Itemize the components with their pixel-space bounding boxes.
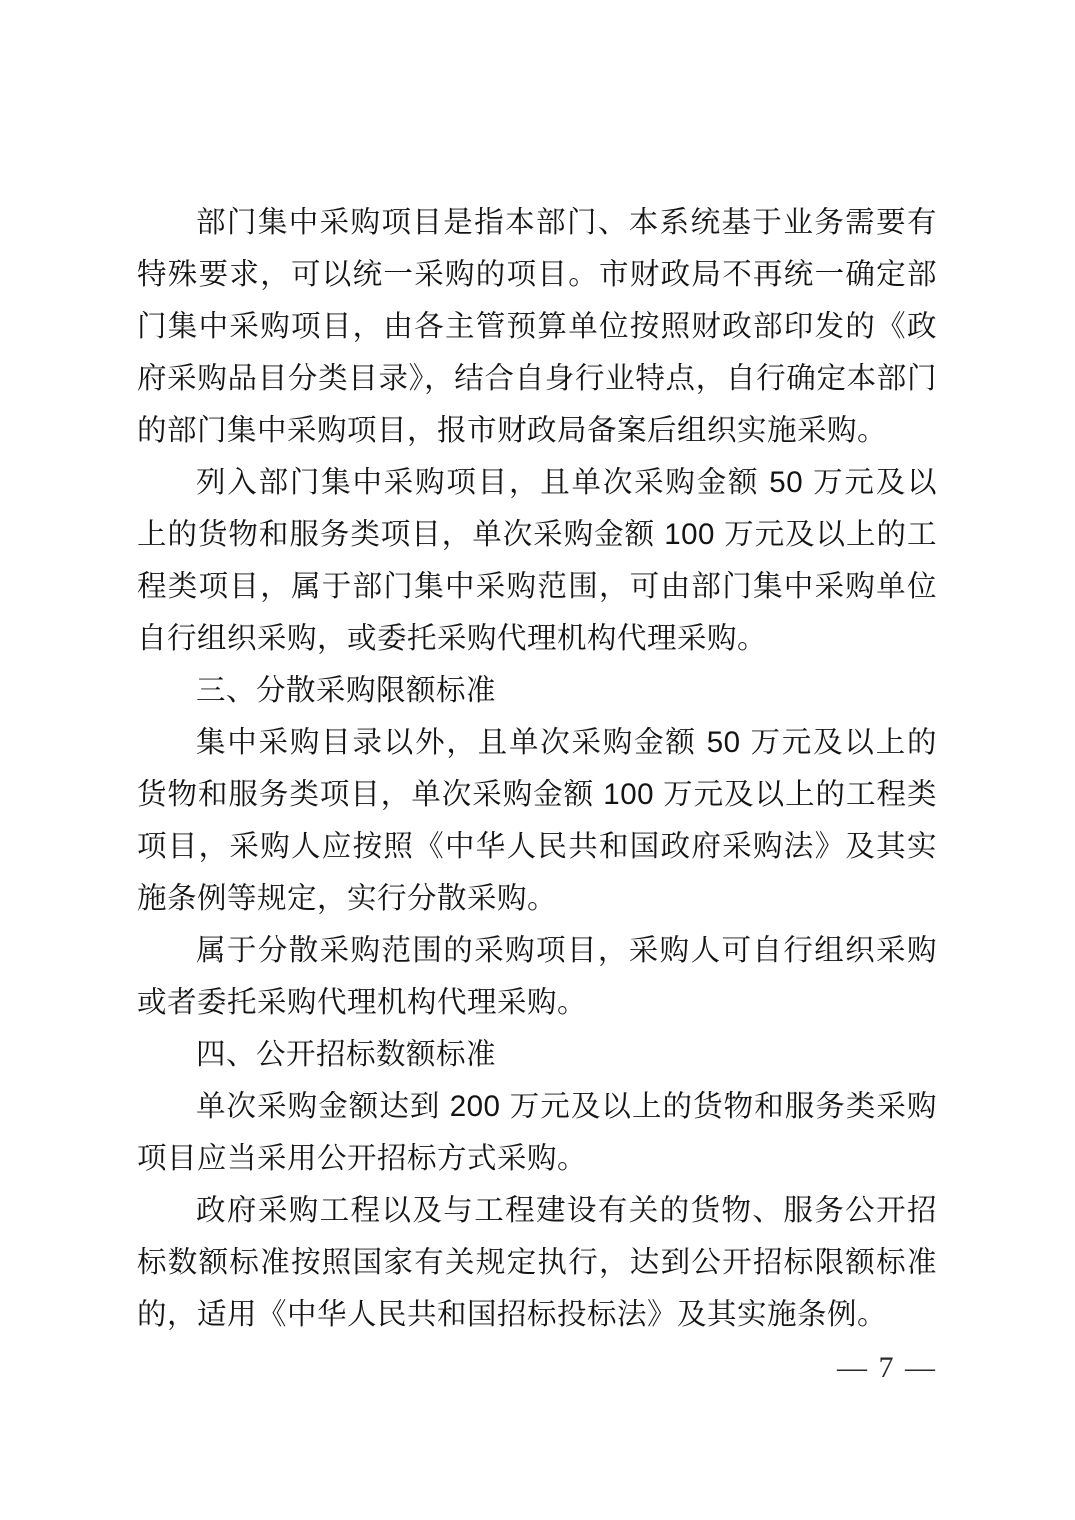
document-page: 部门集中采购项目是指本部门、本系统基于业务需要有特殊要求，可以统一采购的项目。市… [0, 0, 1075, 1520]
paragraph-decentralized-scope: 属于分散采购范围的采购项目，采购人可自行组织采购或者委托采购代理机构代理采购。 [137, 925, 937, 1029]
paragraph-dept-centralized-definition: 部门集中采购项目是指本部门、本系统基于业务需要有特殊要求，可以统一采购的项目。市… [137, 197, 937, 457]
heading-section-4: 四、公开招标数额标准 [137, 1029, 937, 1081]
page-number: — 7 — [837, 1350, 937, 1386]
paragraph-decentralized-limit: 集中采购目录以外，且单次采购金额 50 万元及以上的货物和服务类项目，单次采购金… [137, 717, 937, 925]
paragraph-engineering-tender-rules: 政府采购工程以及与工程建设有关的货物、服务公开招标数额标准按照国家有关规定执行，… [137, 1185, 937, 1341]
heading-section-3: 三、分散采购限额标准 [137, 665, 937, 717]
document-body: 部门集中采购项目是指本部门、本系统基于业务需要有特殊要求，可以统一采购的项目。市… [137, 197, 937, 1341]
paragraph-dept-centralized-scope: 列入部门集中采购项目，且单次采购金额 50 万元及以上的货物和服务类项目，单次采… [137, 457, 937, 665]
paragraph-open-tender-threshold: 单次采购金额达到 200 万元及以上的货物和服务类采购项目应当采用公开招标方式采… [137, 1081, 937, 1185]
